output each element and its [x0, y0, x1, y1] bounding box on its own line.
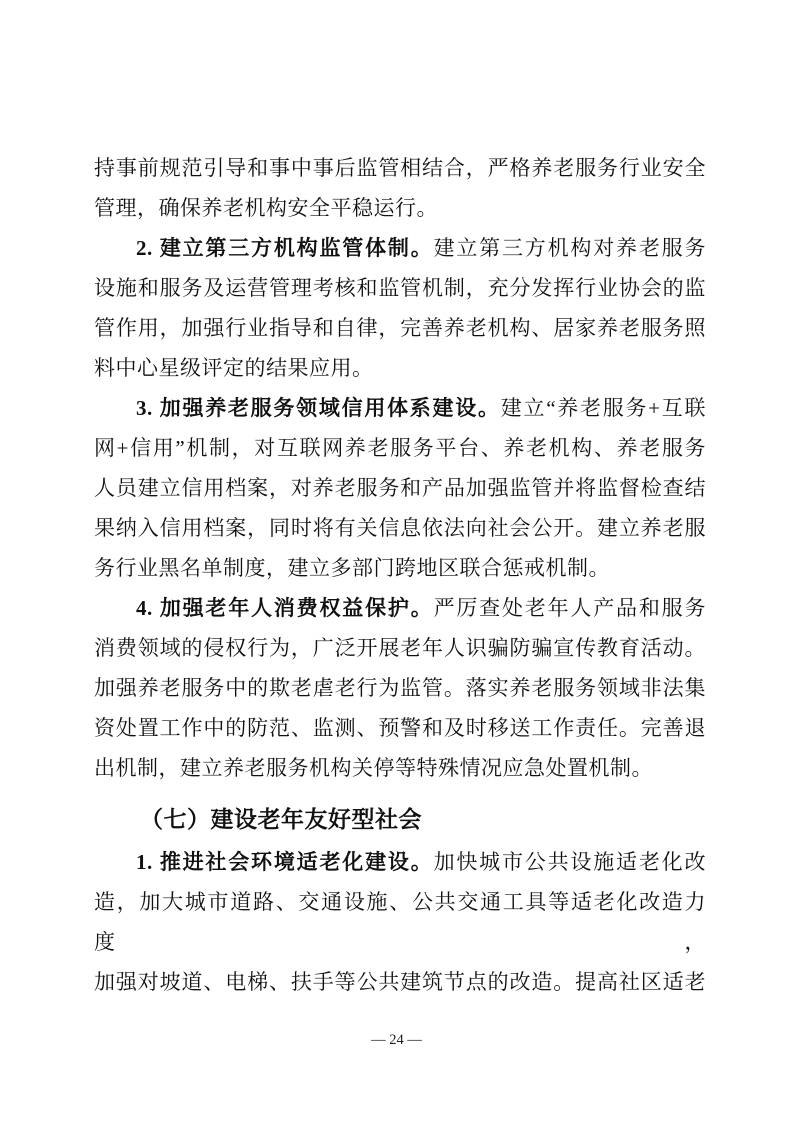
body-line: 4. 加强老年人消费权益保护。严厉查处老年人产品和服务	[94, 588, 706, 628]
paragraph-text: 建立第三方机构对养老服务	[434, 236, 706, 260]
paragraph-text: 建立“养老服务+互联	[501, 396, 706, 420]
body-line: 持事前规范引导和事中事后监管相结合，严格养老服务行业安全	[94, 148, 706, 188]
paragraph-7-1: 1. 推进社会环境适老化建设。加快城市公共设施适老化改 造，加大城市道路、交通设…	[94, 842, 706, 1002]
body-line: 料中心星级评定的结果应用。	[94, 348, 706, 388]
paragraph-lead: 4. 加强老年人消费权益保护。	[136, 596, 434, 620]
body-line: 网+信用”机制，对互联网养老服务平台、养老机构、养老服务	[94, 428, 706, 468]
body-line: 管理，确保养老机构安全平稳运行。	[94, 188, 706, 228]
paragraph-lead: 1. 推进社会环境适老化建设。	[136, 850, 434, 874]
paragraph-lead: 2. 建立第三方机构监管体制。	[136, 236, 434, 260]
body-line: 消费领域的侵权行为，广泛开展老年人识骗防骗宣传教育活动。	[94, 628, 706, 668]
body-line: 1. 推进社会环境适老化建设。加快城市公共设施适老化改	[94, 842, 706, 882]
paragraph-2: 2. 建立第三方机构监管体制。建立第三方机构对养老服务 设施和服务及运营管理考核…	[94, 228, 706, 388]
body-line: 资处置工作中的防范、监测、预警和及时移送工作责任。完善退	[94, 708, 706, 748]
body-line: 加强养老服务中的欺老虐老行为监管。落实养老服务领域非法集	[94, 668, 706, 708]
body-line: 2. 建立第三方机构监管体制。建立第三方机构对养老服务	[94, 228, 706, 268]
paragraph-lead: 3. 加强养老服务领域信用体系建设。	[136, 396, 501, 420]
body-line: 加强对坡道、电梯、扶手等公共建筑节点的改造。提高社区适老	[94, 962, 706, 1002]
body-line: 出机制，建立养老服务机构关停等特殊情况应急处置机制。	[94, 748, 706, 788]
body-line: 设施和服务及运营管理考核和监管机制，充分发挥行业协会的监	[94, 268, 706, 308]
paragraph-3: 3. 加强养老服务领域信用体系建设。建立“养老服务+互联 网+信用”机制，对互联…	[94, 388, 706, 588]
body-line: 人员建立信用档案，对养老服务和产品加强监管并将监督检查结	[94, 468, 706, 508]
section-heading: （七）建设老年友好型社会	[94, 796, 706, 842]
document-body: 持事前规范引导和事中事后监管相结合，严格养老服务行业安全 管理，确保养老机构安全…	[94, 148, 706, 1002]
body-line: 果纳入信用档案，同时将有关信息依法向社会公开。建立养老服	[94, 508, 706, 548]
paragraph-text: 加快城市公共设施适老化改	[434, 850, 706, 874]
body-line: 管作用，加强行业指导和自律，完善养老机构、居家养老服务照	[94, 308, 706, 348]
body-line: 务行业黑名单制度，建立多部门跨地区联合惩戒机制。	[94, 548, 706, 588]
paragraph-continuation: 持事前规范引导和事中事后监管相结合，严格养老服务行业安全 管理，确保养老机构安全…	[94, 148, 706, 228]
paragraph-4: 4. 加强老年人消费权益保护。严厉查处老年人产品和服务 消费领域的侵权行为，广泛…	[94, 588, 706, 788]
body-line: 3. 加强养老服务领域信用体系建设。建立“养老服务+互联	[94, 388, 706, 428]
paragraph-text: 严厉查处老年人产品和服务	[434, 596, 706, 620]
document-page: 持事前规范引导和事中事后监管相结合，严格养老服务行业安全 管理，确保养老机构安全…	[0, 0, 793, 1122]
page-number: — 24 —	[0, 1032, 793, 1049]
body-line: 造，加大城市道路、交通设施、公共交通工具等适老化改造力度，	[94, 882, 706, 962]
